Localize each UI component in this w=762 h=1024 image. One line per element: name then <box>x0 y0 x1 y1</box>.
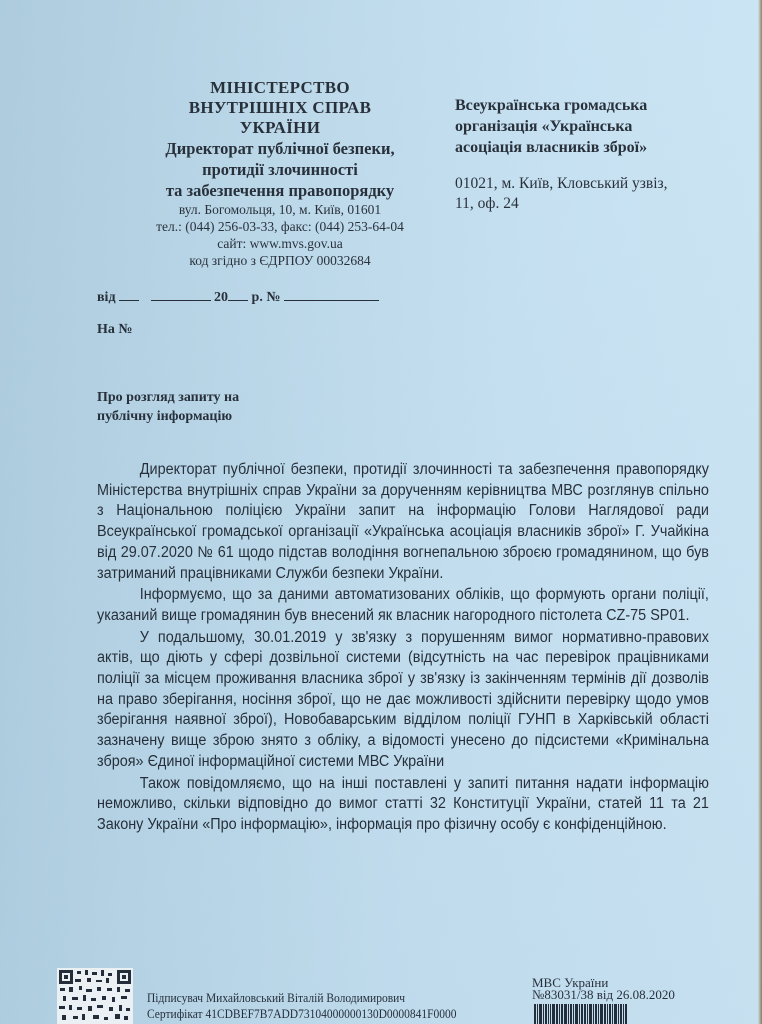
signer-name: Підписувач Михайловський Віталій Володим… <box>147 990 457 1006</box>
month-blank <box>151 288 211 301</box>
page-edge <box>758 0 762 1024</box>
paragraph: У подальшому, 30.01.2019 у зв'язку з пор… <box>97 628 709 773</box>
reference-line: від 20 р. № <box>97 288 379 306</box>
recipient-address-line: 11, оф. 24 <box>455 194 725 214</box>
ministry-edrpou: код згідно з ЄДРПОУ 00032684 <box>130 252 430 269</box>
ministry-line: ВНУТРІШНІХ СПРАВ <box>130 98 430 118</box>
recipient-block: Всеукраїнська громадська організація «Ук… <box>455 95 725 214</box>
from-label: від <box>97 290 116 305</box>
letterhead: МІНІСТЕРСТВО ВНУТРІШНІХ СПРАВ УКРАЇНИ Ди… <box>130 78 430 269</box>
in-reply-label: На № <box>97 322 132 338</box>
ministry-line: УКРАЇНИ <box>130 118 430 138</box>
digital-signature: Підписувач Михайловський Віталій Володим… <box>147 990 457 1022</box>
letter-body: Директорат публічної безпеки, протидії з… <box>97 460 709 836</box>
directorate-line: та забезпечення правопорядку <box>130 180 430 201</box>
registry-number: №83031/38 від 26.08.2020 <box>532 989 675 1001</box>
ministry-line: МІНІСТЕРСТВО <box>130 78 430 98</box>
registry-stamp: МВС України №83031/38 від 26.08.2020 <box>532 977 675 1001</box>
recipient-org-line: організація «Українська <box>455 116 725 137</box>
paragraph: Інформуємо, що за даними автоматизованих… <box>97 585 709 626</box>
number-blank <box>284 288 379 301</box>
recipient-org-line: Всеукраїнська громадська <box>455 95 725 116</box>
recipient-address: 01021, м. Київ, Кловський узвіз, 11, оф.… <box>455 174 725 214</box>
directorate-line: Директорат публічної безпеки, <box>130 138 430 159</box>
ministry-address: вул. Богомольця, 10, м. Київ, 01601 <box>130 201 430 218</box>
certificate-id: Сертифікат 41CDBEF7B7ADD73104000000130D0… <box>147 1006 457 1022</box>
day-blank <box>119 288 139 301</box>
subject-line: публічну інформацію <box>97 407 239 426</box>
directorate-line: протидії злочинності <box>130 159 430 180</box>
subject: Про розгляд запиту на публічну інформаці… <box>97 388 239 426</box>
recipient-org-line: асоціація власників зброї» <box>455 137 725 158</box>
year-blank <box>228 288 248 301</box>
recipient-address-line: 01021, м. Київ, Кловський узвіз, <box>455 174 725 194</box>
ministry-phone-fax: тел.: (044) 256-03-33, факс: (044) 253-6… <box>130 218 430 235</box>
paragraph: Директорат публічної безпеки, протидії з… <box>97 460 709 584</box>
number-label: р. № <box>252 290 281 305</box>
paragraph: Також повідомляємо, що на інші поставлен… <box>97 774 709 836</box>
barcode-icon <box>534 1004 674 1024</box>
year-prefix: 20 <box>214 290 228 305</box>
subject-line: Про розгляд запиту на <box>97 388 239 407</box>
ministry-website: сайт: www.mvs.gov.ua <box>130 235 430 252</box>
qr-code-icon <box>57 968 133 1024</box>
